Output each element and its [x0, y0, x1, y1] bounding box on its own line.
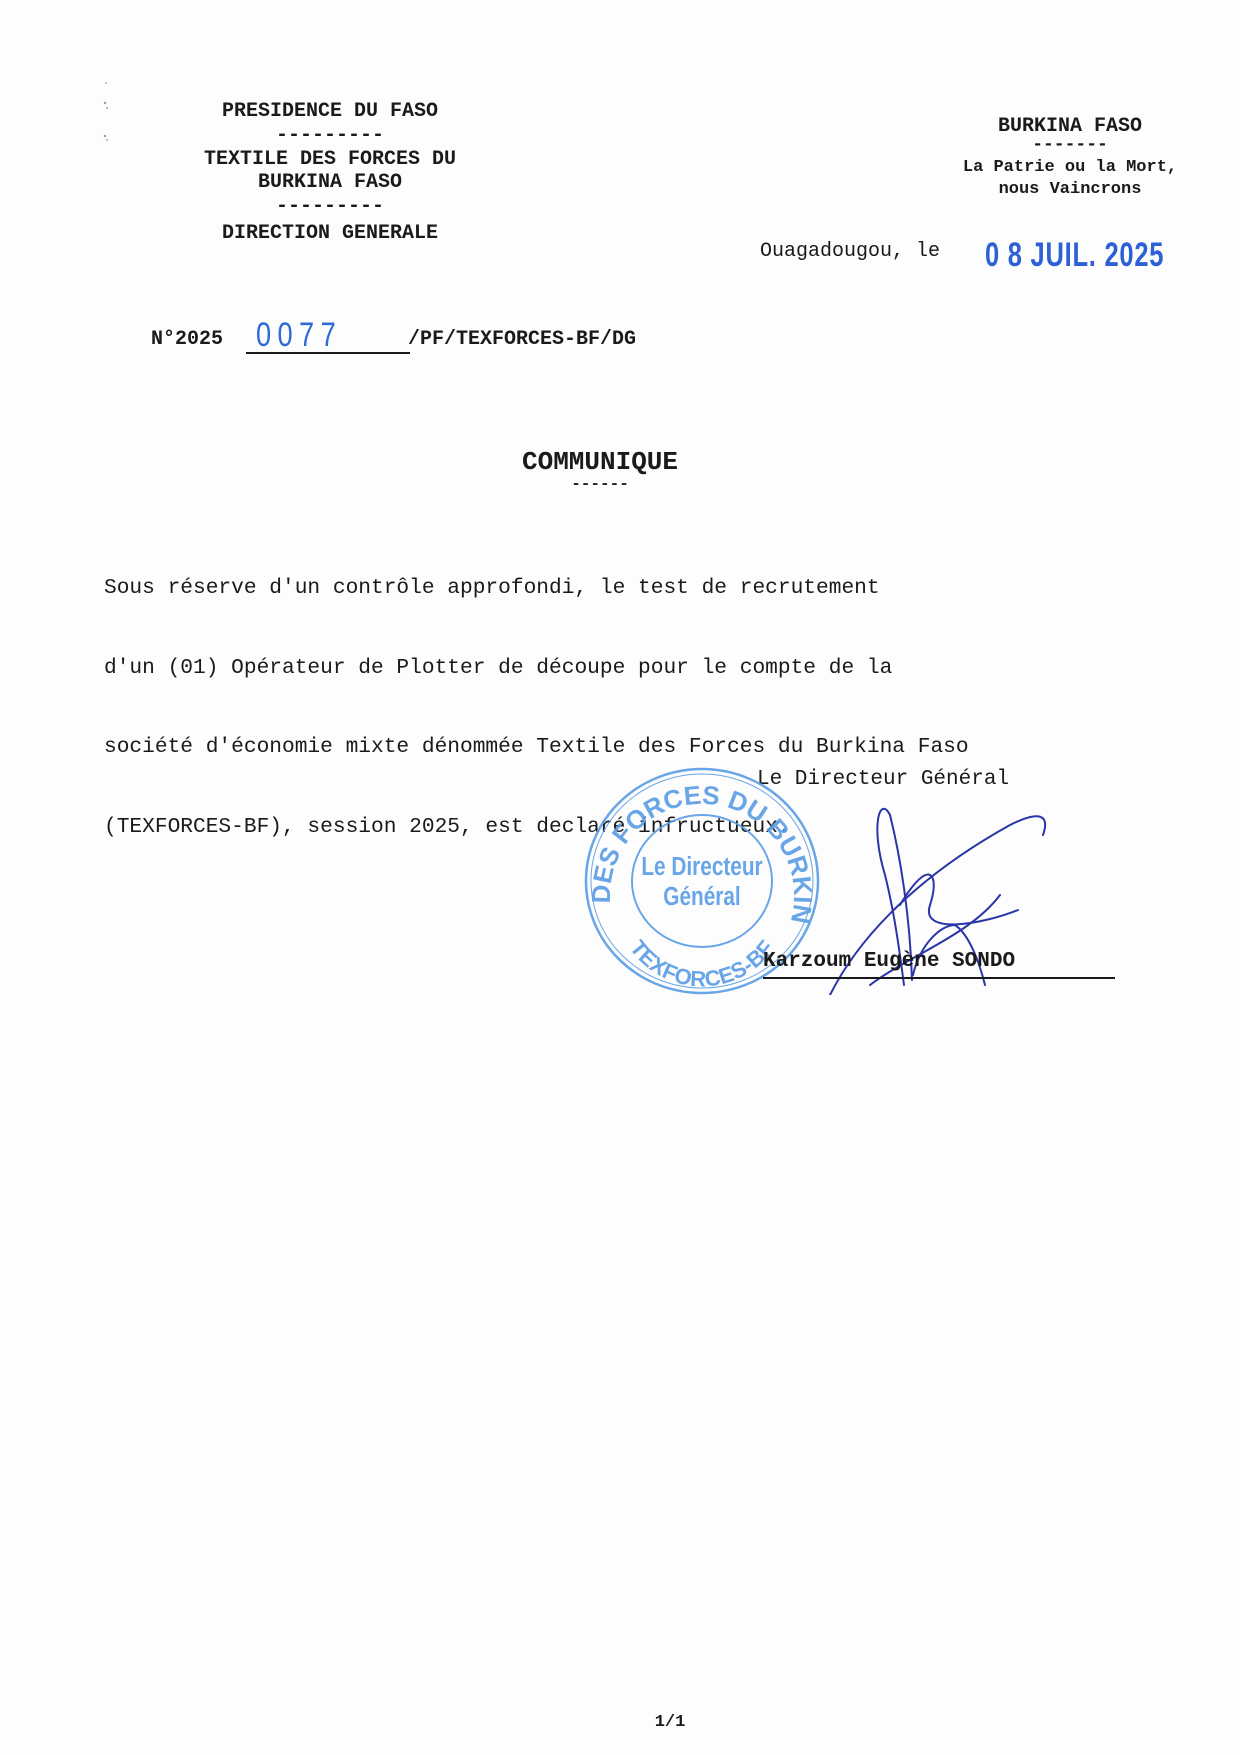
body-line: d'un (01) Opérateur de Plotter de découp…	[104, 655, 1164, 682]
reference-underline	[246, 352, 410, 354]
issuer-header: PRESIDENCE DU FASO --------- TEXTILE DES…	[160, 100, 500, 246]
department-label: DIRECTION GENERALE	[160, 222, 500, 246]
country-separator: -------	[930, 139, 1210, 151]
header-separator: ---------	[160, 124, 500, 148]
document-title: COMMUNIQUE	[400, 447, 800, 477]
signatory-underline	[763, 977, 1115, 979]
signatory-name: Karzoum Eugène SONDO	[763, 950, 1015, 973]
page-number: 1/1	[640, 1713, 700, 1732]
motto-line1: La Patrie ou la Mort,	[930, 157, 1210, 179]
organization-name-line2: BURKINA FASO	[160, 171, 500, 195]
title-separator: ------	[400, 475, 800, 493]
body-line: société d'économie mixte dénommée Textil…	[104, 734, 1164, 761]
date-place: Ouagadougou, le	[760, 240, 940, 263]
seal-center-line1: Le Directeur	[641, 852, 762, 881]
presidency-label: PRESIDENCE DU FASO	[160, 100, 500, 124]
motto-line2: nous Vaincrons	[930, 179, 1210, 201]
date-line: Ouagadougou, le	[760, 240, 940, 263]
organization-name-line1: TEXTILE DES FORCES DU	[160, 148, 500, 172]
date-stamp: 0 8 JUIL. 2025	[985, 236, 1164, 275]
header-separator: ---------	[160, 195, 500, 219]
reference-number: 0077	[256, 316, 342, 355]
seal-center-line2: Général	[663, 882, 740, 911]
reference-prefix: N°2025	[151, 328, 223, 351]
reference-suffix: /PF/TEXFORCES-BF/DG	[408, 328, 636, 351]
country-header: BURKINA FASO ------- La Patrie ou la Mor…	[930, 115, 1210, 201]
scan-artifact	[102, 78, 112, 158]
body-line: Sous réserve d'un contrôle approfondi, l…	[104, 575, 1164, 602]
